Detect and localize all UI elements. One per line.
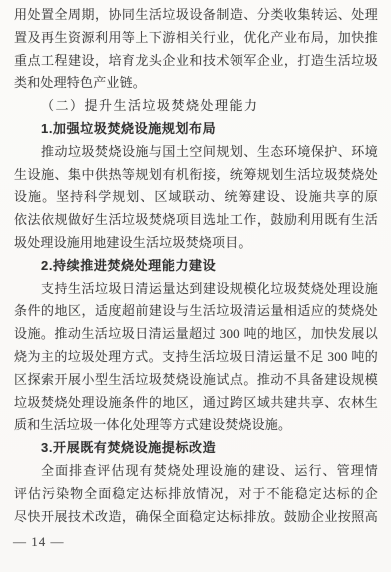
section-heading: （二）提升生活垃圾焚烧处理能力 xyxy=(14,95,378,118)
text-line: 依法依规做好生活垃圾焚烧项目选址工作，鼓励利用既有生活垃 xyxy=(14,209,378,232)
subsection-heading: 1.加强垃圾焚烧设施规划布局 xyxy=(14,118,378,141)
text-line: 圾处理设施用地建设生活垃圾焚烧项目。 xyxy=(14,232,378,255)
document-page: 用处置全周期，协同生活垃圾设备制造、分类收集转运、处理处 置及再生资源利用等上下… xyxy=(0,0,391,572)
text-line: 烧为主的垃圾处理方式。支持生活垃圾日清运量不足 300 吨的地 xyxy=(14,346,378,369)
text-line: 类和处理特色产业链。 xyxy=(14,72,378,95)
text-line: 全面排查评估现有焚烧处理设施的建设、运行、管理情况， xyxy=(14,460,378,483)
subsection-heading: 2.持续推进焚烧处理能力建设 xyxy=(14,255,378,278)
text-line: 设施。推动生活垃圾日清运量超过 300 吨的地区，加快发展以焚 xyxy=(14,323,378,346)
text-line: 垃圾焚烧处理设施条件的地区，通过跨区域共建共享、农林生物 xyxy=(14,392,378,415)
text-line: 推动垃圾焚烧设施与国土空间规划、生态环境保护、环境卫 xyxy=(14,141,378,164)
page-number: — 14 — xyxy=(13,531,65,553)
text-line: 重点工程建设，培育龙头企业和技术领军企业，打造生活垃圾分 xyxy=(14,50,378,73)
text-line: 设施。坚持科学规划、区域联动、统筹建设、设施共享的原则， xyxy=(14,186,378,209)
text-line: 用处置全周期，协同生活垃圾设备制造、分类收集转运、处理处 xyxy=(14,4,378,27)
text-line: 区探索开展小型生活垃圾焚烧设施试点。推动不具备建设规模化 xyxy=(14,369,378,392)
text-line: 条件的地区，适度超前建设与生活垃圾清运量相适应的焚烧处理 xyxy=(14,300,378,323)
subsection-heading: 3.开展既有焚烧设施提标改造 xyxy=(14,437,378,460)
text-line: 置及再生资源利用等上下游相关行业，优化产业布局，加快推进 xyxy=(14,27,378,50)
text-line: 生设施、集中供热等规划有机衔接，统筹规划生活垃圾焚烧处理 xyxy=(14,164,378,187)
text-line: 支持生活垃圾日清运量达到建设规模化垃圾焚烧处理设施 xyxy=(14,278,378,301)
document-body: 用处置全周期，协同生活垃圾设备制造、分类收集转运、处理处 置及再生资源利用等上下… xyxy=(14,4,378,528)
text-line: 评估污染物全面稳定达标排放情况，对于不能稳定达标的企业， xyxy=(14,483,378,506)
text-line: 质和生活垃圾一体化处理等方式建设焚烧设施。 xyxy=(14,414,378,437)
text-line: 尽快开展技术改造，确保全面稳定达标排放。鼓励企业按照高质 xyxy=(14,506,378,529)
